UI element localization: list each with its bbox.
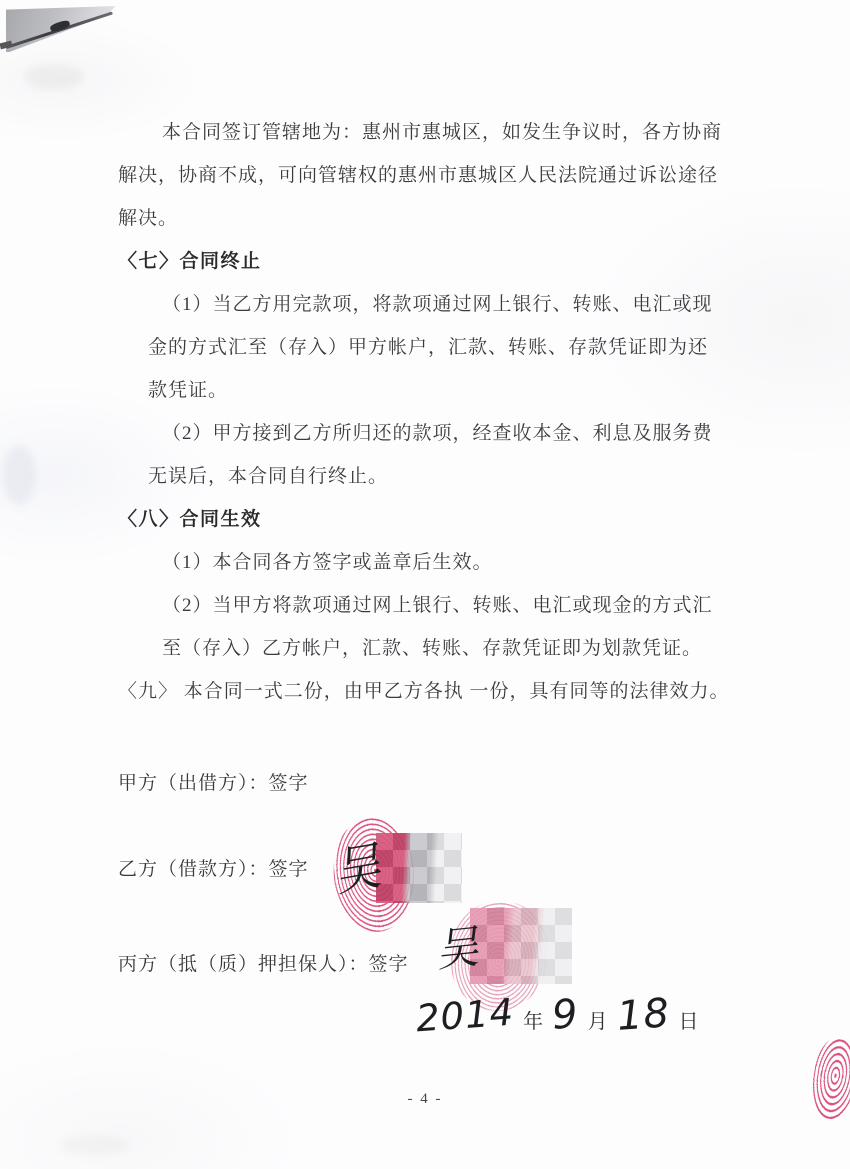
month-unit-label: 月 xyxy=(588,1005,608,1034)
contract-body: 本合同签订管辖地为：惠州市惠城区，如发生争议时，各方协商 解决，协商不成，可向管… xyxy=(118,111,730,713)
contract-line: 本合同签订管辖地为：惠州市惠城区，如发生争议时，各方协商 xyxy=(118,111,730,154)
year-unit-label: 年 xyxy=(523,1005,543,1034)
handwritten-day: 18 xyxy=(615,990,671,1040)
contract-date: 2014 年 9 月 18 日 xyxy=(416,992,708,1039)
contract-line: 解决。 xyxy=(118,197,730,240)
contract-line: 至（存入）乙方帐户，汇款、转账、存款凭证即为划款凭证。 xyxy=(118,627,730,670)
censor-mosaic-party-b xyxy=(376,833,462,903)
handwritten-year: 2014 xyxy=(415,990,516,1043)
scan-smudge xyxy=(60,1135,130,1155)
page-number: - 4 - xyxy=(0,1091,850,1108)
contract-line: （1）本合同各方签字或盖章后生效。 xyxy=(118,541,730,584)
handwritten-signature-party-c: 吴 xyxy=(434,924,481,974)
handwritten-month: 9 xyxy=(551,991,581,1039)
day-unit-label: 日 xyxy=(679,1005,699,1034)
contract-line: 金的方式汇至（存入）甲方帐户，汇款、转账、存款凭证即为还 xyxy=(118,326,730,369)
contract-line: 无误后，本合同自行终止。 xyxy=(118,455,730,498)
section-heading-effectiveness: 〈八〉合同生效 xyxy=(118,498,730,541)
scanned-contract-page: 本合同签订管辖地为：惠州市惠城区，如发生争议时，各方协商 解决，协商不成，可向管… xyxy=(0,0,850,1169)
contract-line: 款凭证。 xyxy=(118,369,730,412)
section-heading-termination: 〈七〉合同终止 xyxy=(118,240,730,283)
party-c-signature-label: 丙方（抵（质）押担保人）：签字 xyxy=(118,949,409,976)
party-a-signature-label: 甲方（出借方）：签字 xyxy=(118,768,309,795)
censor-mosaic-party-c xyxy=(470,908,572,984)
contract-line: （1）当乙方用完款项，将款项通过网上银行、转账、电汇或现 xyxy=(118,283,730,326)
contract-line: （2）甲方接到乙方所归还的款项，经查收本金、利息及服务费 xyxy=(118,412,730,455)
handwritten-signature-party-b: 吴 xyxy=(330,840,384,899)
contract-line: （2）当甲方将款项通过网上银行、转账、电汇或现金的方式汇 xyxy=(118,584,730,627)
party-b-signature-label: 乙方（借款方）：签字 xyxy=(118,854,309,881)
contract-line: 〈九〉 本合同一式二份，由甲乙方各执 一份，具有同等的法律效力。 xyxy=(118,670,730,713)
scan-smudge xyxy=(2,445,36,505)
scan-smudge xyxy=(24,64,84,90)
contract-line: 解决，协商不成，可向管辖权的惠州市惠城区人民法院通过诉讼途径 xyxy=(118,154,730,197)
fingerprint-stamp-page-edge xyxy=(806,1033,850,1125)
